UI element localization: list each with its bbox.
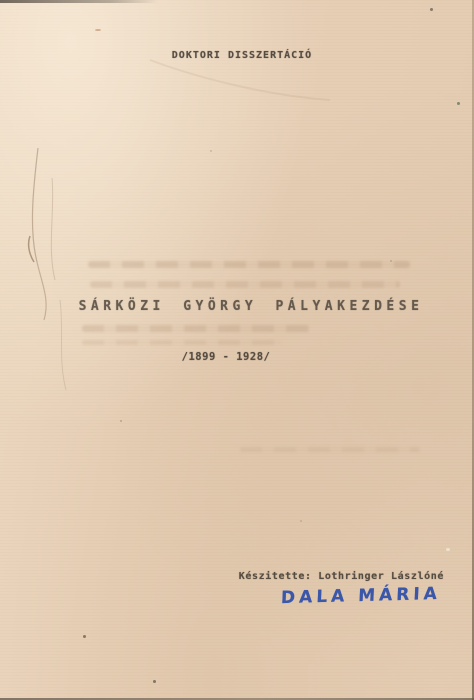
bleedthrough-line — [90, 281, 400, 288]
dissertation-title: SÁRKÖZI GYÖRGY PÁLYAKEZDÉSE — [14, 299, 474, 314]
paper-speck — [95, 29, 101, 31]
paper-speck — [120, 420, 122, 422]
paper-speck — [390, 260, 392, 262]
bleedthrough-line — [88, 261, 410, 268]
author-credit: Készitette: Lothringer Lászlóné — [239, 571, 444, 582]
bleedthrough-line — [240, 447, 420, 452]
paper-speck — [210, 150, 212, 152]
paper-speck — [83, 635, 86, 638]
scanned-dissertation-title-page: DOKTORI DISSZERTÁCIÓ SÁRKÖZI GYÖRGY PÁLY… — [0, 0, 474, 700]
paper-speck — [446, 548, 450, 551]
paper-speck — [430, 8, 433, 11]
date-range: /1899 - 1928/ — [0, 351, 463, 363]
dissertation-type-label: DOKTORI DISSZERTÁCIÓ — [5, 50, 474, 61]
paper-speck — [457, 102, 460, 105]
paper-speck — [300, 520, 302, 522]
paper-speck — [153, 680, 156, 683]
bleedthrough-line — [82, 340, 282, 345]
handwritten-name: DALA MÁRIA — [281, 584, 442, 608]
bleedthrough-line — [82, 325, 310, 332]
